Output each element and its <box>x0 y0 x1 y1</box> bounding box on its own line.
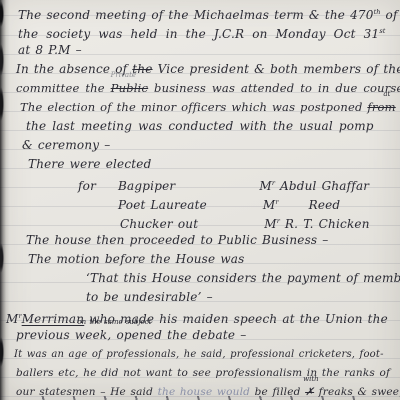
handwriting-text: freaks & sweeps, <box>314 386 400 398</box>
handwriting-text: Merriman <box>22 312 85 326</box>
handwritten-line-9: There were elected <box>0 155 400 174</box>
handwritten-line-6: The election of the minor officers which… <box>0 98 400 117</box>
handwritten-line-10: forBagpiperMr Abdul Ghaffar <box>0 174 400 193</box>
handwriting-text: M <box>259 179 272 193</box>
inline-correction: ,on the same subject <box>107 326 111 345</box>
handwriting-text: The election of the minor officers which… <box>20 100 367 114</box>
handwritten-line-13: The house then proceeded to Public Busin… <box>0 231 400 250</box>
handwriting-text: & ceremony – <box>22 138 110 152</box>
handwriting-text: Vice president & both members of the <box>153 62 400 76</box>
handwriting-text: The motion before the House was <box>28 252 245 266</box>
handwritten-line-1: The second meeting of the Michaelmas ter… <box>0 3 400 22</box>
inserted-text: Private <box>111 71 136 79</box>
handwriting-text: Chucker out <box>120 217 198 231</box>
column-gap <box>198 227 264 228</box>
inserted-text: with <box>303 375 319 383</box>
handwriting-text: be filled <box>250 386 305 398</box>
handwriting-text: business was attended to in due course – <box>148 81 400 95</box>
inserted-text: at <box>383 90 390 98</box>
inserted-text: on the same subject <box>77 318 151 326</box>
handwriting-text: committee the <box>16 81 111 95</box>
manuscript-page: The second meeting of the Michaelmas ter… <box>0 0 400 400</box>
handwritten-line-14: The motion before the House was <box>0 250 400 269</box>
handwriting-text: Reed <box>309 198 341 212</box>
handwritten-text-block: The second meeting of the Michaelmas ter… <box>0 0 400 400</box>
handwriting-text: It was an age of professionals, he said,… <box>14 349 384 360</box>
handwritten-line-21: our statesmen – He said the house would … <box>0 383 400 400</box>
handwritten-line-15: ‘That this House considers the payment o… <box>0 269 400 288</box>
handwriting-text: ballers etc, he did not want to see prof… <box>16 367 390 379</box>
handwriting-text: M <box>264 217 277 231</box>
handwritten-line-12: Chucker outMr R. T. Chicken <box>0 212 400 231</box>
handwritten-line-16: to be undesirable’ – <box>0 288 400 307</box>
handwriting-text: the society was held in the J.C.R on Mon… <box>18 27 379 41</box>
handwriting-text: previous week <box>16 328 107 342</box>
handwriting-text: st <box>379 27 385 35</box>
handwritten-line-2: the society was held in the J.C.R on Mon… <box>0 22 400 41</box>
handwriting-text: our statesmen – He said <box>16 386 158 398</box>
handwritten-line-8: & ceremony – <box>0 136 400 155</box>
handwriting-text: r <box>275 198 278 206</box>
handwritten-line-20: ballers etc, he did not want to see prof… <box>0 364 400 383</box>
inline-correction: PublicPrivate <box>111 79 149 98</box>
handwritten-line-4: In the absence of the Vice president & b… <box>0 60 400 79</box>
handwriting-text: th <box>374 8 381 16</box>
handwriting-text: ‘That this House considers the payment o… <box>86 271 400 285</box>
corrected-text: ✗ <box>305 386 314 398</box>
handwriting-text: for <box>78 179 96 193</box>
corrected-text: , <box>107 328 111 342</box>
handwritten-line-7: the last meeting was conducted with the … <box>0 117 400 136</box>
corrected-text: Public <box>111 81 149 95</box>
handwriting-text: the last meeting was conducted with the … <box>26 119 374 133</box>
handwriting-text: The second meeting of the Michaelmas ter… <box>18 8 374 22</box>
column-gap <box>279 208 309 209</box>
handwriting-text: Poet Laureate <box>118 198 207 212</box>
handwriting-text: M <box>6 312 19 326</box>
handwriting-text: There were elected <box>28 157 151 171</box>
handwritten-line-19: It was an age of professionals, he said,… <box>0 345 400 364</box>
handwriting-text: M <box>263 198 276 212</box>
handwriting-text: Bagpiper <box>118 179 175 193</box>
handwriting-text: of <box>381 8 398 22</box>
handwriting-text: opened the debate – <box>111 328 246 342</box>
column-gap <box>96 189 118 190</box>
corrected-text: from <box>367 100 395 114</box>
handwriting-text: The house then proceeded to Public Busin… <box>26 233 329 247</box>
handwriting-text: Abdul Ghaffar <box>275 179 369 193</box>
handwritten-line-5: committee the PublicPrivate business was… <box>0 79 400 98</box>
handwritten-line-18: previous week,on the same subject opened… <box>0 326 400 345</box>
handwriting-text: to be undesirable’ – <box>86 290 213 304</box>
handwritten-line-11: Poet LaureateMrReed <box>0 193 400 212</box>
handwritten-line-17: MrMerriman who made his maiden speech at… <box>0 307 400 326</box>
handwriting-text: R. T. Chicken <box>280 217 370 231</box>
column-gap <box>207 208 263 209</box>
column-gap <box>175 189 259 190</box>
inline-correction: fromat <box>367 98 395 117</box>
handwriting-text: at 8 P.M – <box>18 43 82 57</box>
handwritten-line-3: at 8 P.M – <box>0 41 400 60</box>
handwriting-text: the house would <box>158 386 250 398</box>
inline-correction: ✗with <box>305 383 314 400</box>
